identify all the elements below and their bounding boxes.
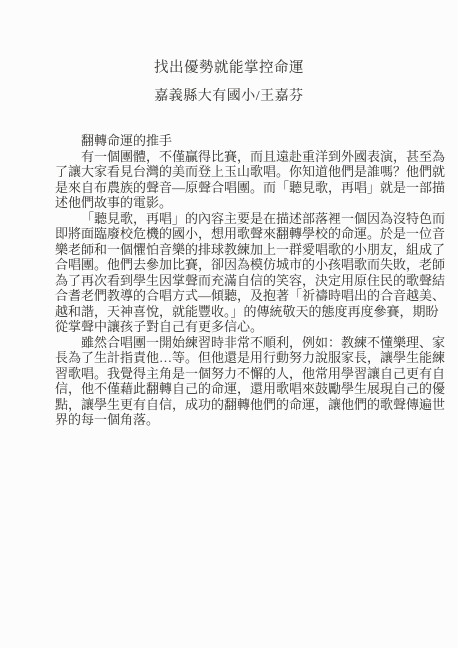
text-line: 長為了生計指責他…等。但他還是用行動努力說服家長，讓學生能練 (55, 350, 427, 366)
document-page: 找出優勢就能掌控命運 嘉義縣大有國小/王嘉芬 翻轉命運的推手 有一個團體，不僅贏… (0, 0, 458, 648)
paragraphs-container: 有一個團體，不僅贏得比賽，而且遠赴重洋到外國表演，甚至為了讓大家看見台灣的美而登… (55, 149, 427, 428)
text-line: 雖然合唱團一開始練習時非常不順利，例如：教練不懂樂理、家 (55, 335, 427, 351)
text-line: 習歌唱。我覺得主角是一個努力不懈的人，他常用學習讓自己更有自 (55, 366, 427, 382)
text-line: 「聽見歌，再唱」的內容主要是在描述部落裡一個因為沒特色而 (55, 211, 427, 227)
text-line: 合耆老們教導的合唱方式—傾聽，及抱著「祈禱時唱出的合音越美、 (55, 288, 427, 304)
text-line: 是來自布農族的聲音—原聲合唱團。而「聽見歌，再唱」就是一部描 (55, 180, 427, 196)
document-title: 找出優勢就能掌控命運 (0, 59, 458, 77)
document-author: 嘉義縣大有國小/王嘉芬 (0, 88, 458, 106)
text-line: 了讓大家看見台灣的美而登上玉山歌唱。你知道他們是誰嗎？他們就 (55, 164, 427, 180)
text-line: 點，讓學生更有自信，成功的翻轉他們的命運，讓他們的歌聲傳遍世 (55, 397, 427, 413)
text-line: 有一個團體，不僅贏得比賽，而且遠赴重洋到外國表演，甚至為 (55, 149, 427, 165)
text-line: 信，他不僅藉此翻轉自己的命運，還用歌唱來鼓勵學生展現自己的優 (55, 381, 427, 397)
text-line: 即將面臨廢校危機的國小，想用歌聲來翻轉學校的命運。於是一位音 (55, 226, 427, 242)
text-line: 樂老師和一個懼怕音樂的排球教練加上一群愛唱歌的小朋友，組成了 (55, 242, 427, 258)
text-line: 越和諧，天神喜悅，就能豐收。」的傳統敬天的態度再度參賽，期盼 (55, 304, 427, 320)
text-line: 界的每一個角落。 (55, 412, 427, 428)
paragraph: 雖然合唱團一開始練習時非常不順利，例如：教練不懂樂理、家長為了生計指責他…等。但… (55, 335, 427, 428)
text-line: 為了再次看到學生因掌聲而充滿自信的笑容，決定用原住民的歌聲結 (55, 273, 427, 289)
section-heading: 翻轉命運的推手 (55, 133, 427, 149)
text-line: 從掌聲中讓孩子對自己有更多信心。 (55, 319, 427, 335)
text-line: 述他們故事的電影。 (55, 195, 427, 211)
paragraph: 有一個團體，不僅贏得比賽，而且遠赴重洋到外國表演，甚至為了讓大家看見台灣的美而登… (55, 149, 427, 211)
text-line: 合唱團。他們去參加比賽，卻因為模仿城市的小孩唱歌而失敗，老師 (55, 257, 427, 273)
paragraph: 「聽見歌，再唱」的內容主要是在描述部落裡一個因為沒特色而即將面臨廢校危機的國小，… (55, 211, 427, 335)
document-body: 翻轉命運的推手 有一個團體，不僅贏得比賽，而且遠赴重洋到外國表演，甚至為了讓大家… (55, 133, 427, 428)
